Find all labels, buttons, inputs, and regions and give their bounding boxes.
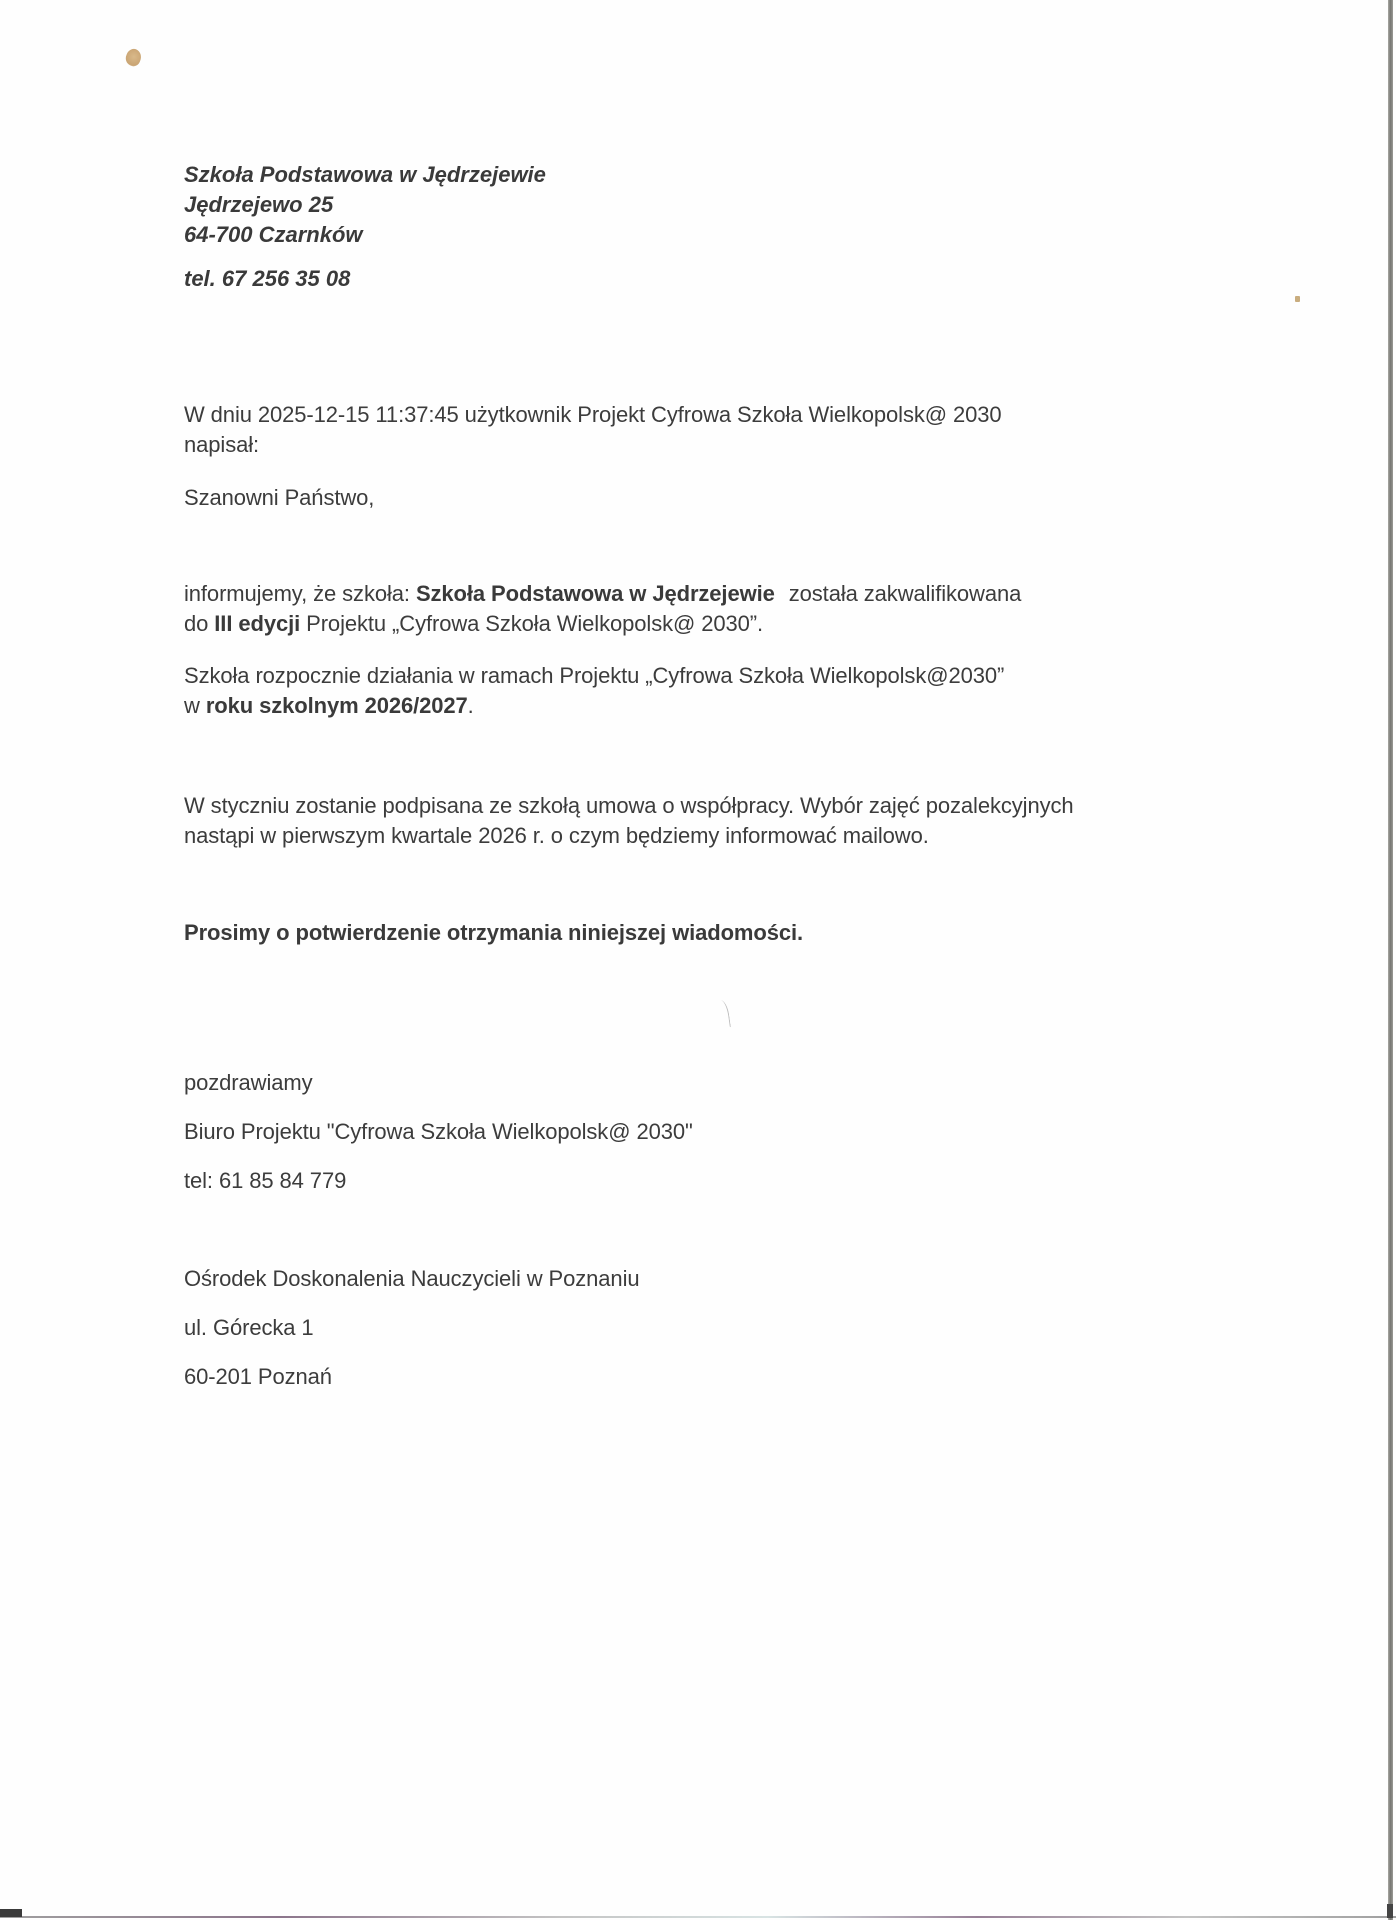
paragraph-start-year: Szkoła rozpocznie działania w ramach Pro… bbox=[184, 661, 1004, 721]
signature-institution: Ośrodek Doskonalenia Nauczycieli w Pozna… bbox=[184, 1264, 640, 1294]
para1-line2-post: Projektu „Cyfrowa Szkoła Wielkopolsk@ 20… bbox=[300, 611, 763, 636]
confirmation-request: Prosimy o potwierdzenie otrzymania ninie… bbox=[184, 918, 803, 948]
para2-year-bold: roku szkolnym 2026/2027 bbox=[206, 693, 468, 718]
quoted-header-line1: W dniu 2025-12-15 11:37:45 użytkownik Pr… bbox=[184, 400, 1002, 430]
paragraph-qualification: informujemy, że szkoła: Szkoła Podstawow… bbox=[184, 579, 1021, 639]
closing: pozdrawiamy bbox=[184, 1068, 313, 1098]
scan-corner-left bbox=[0, 1909, 22, 1917]
para2-line2-pre: w bbox=[184, 693, 206, 718]
para1-pre: informujemy, że szkoła: bbox=[184, 581, 416, 606]
pencil-mark bbox=[716, 999, 731, 1028]
para1-post: została zakwalifikowana bbox=[789, 581, 1021, 606]
sender-address-block: Szkoła Podstawowa w Jędrzejewie Jędrzeje… bbox=[184, 160, 546, 294]
sender-street: Jędrzejewo 25 bbox=[184, 190, 546, 220]
scanned-letter-page: Szkoła Podstawowa w Jędrzejewie Jędrzeje… bbox=[0, 0, 1396, 1920]
para3-line1: W styczniu zostanie podpisana ze szkołą … bbox=[184, 791, 1074, 821]
sender-postal-city: 64-700 Czarnków bbox=[184, 220, 546, 250]
para1-line2-pre: do bbox=[184, 611, 214, 636]
para1-edition-bold: III edycji bbox=[214, 611, 300, 636]
signature-postal-city: 60-201 Poznań bbox=[184, 1362, 332, 1392]
signature-street: ul. Górecka 1 bbox=[184, 1313, 314, 1343]
quoted-header: W dniu 2025-12-15 11:37:45 użytkownik Pr… bbox=[184, 400, 1002, 460]
salutation: Szanowni Państwo, bbox=[184, 483, 374, 513]
paragraph-agreement: W styczniu zostanie podpisana ze szkołą … bbox=[184, 791, 1074, 851]
para3-line2: nastąpi w pierwszym kwartale 2026 r. o c… bbox=[184, 821, 1074, 851]
scan-corner-right bbox=[1387, 1904, 1393, 1918]
signature-phone: tel: 61 85 84 779 bbox=[184, 1166, 346, 1196]
quoted-header-line2: napisał: bbox=[184, 430, 1002, 460]
para2-line1: Szkoła rozpocznie działania w ramach Pro… bbox=[184, 661, 1004, 691]
paper-stain bbox=[123, 47, 144, 69]
sender-phone: tel. 67 256 35 08 bbox=[184, 264, 546, 294]
scan-edge-bottom bbox=[0, 1916, 1396, 1918]
confirmation-request-text: Prosimy o potwierdzenie otrzymania ninie… bbox=[184, 920, 803, 945]
signature-office: Biuro Projektu "Cyfrowa Szkoła Wielkopol… bbox=[184, 1117, 693, 1147]
paper-speck bbox=[1295, 296, 1300, 302]
para1-school-bold: Szkoła Podstawowa w Jędrzejewie bbox=[416, 581, 775, 606]
sender-school-name: Szkoła Podstawowa w Jędrzejewie bbox=[184, 160, 546, 190]
para2-line2-post: . bbox=[468, 693, 474, 718]
scan-edge-right bbox=[1388, 0, 1393, 1920]
